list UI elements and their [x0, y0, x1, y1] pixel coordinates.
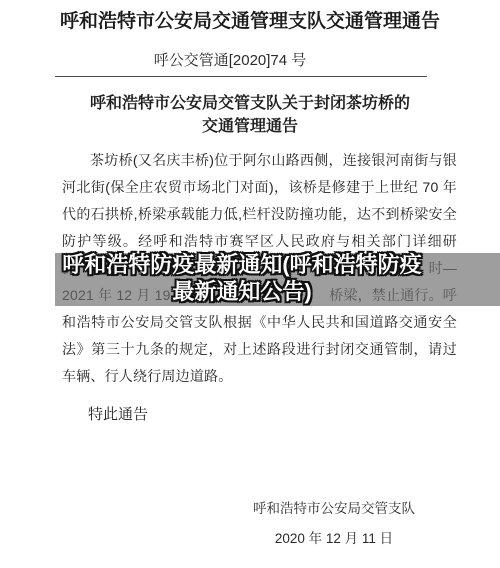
document-number: 呼公交管通[2020]74 号: [0, 49, 460, 70]
body-line: 河北街(保全庄农贸市场北门对面)，该桥是修建于上世纪 70 年: [62, 174, 457, 201]
watermark-text: 呼和浩特防疫最新通知(呼和浩特防疫 最新通知公告): [0, 251, 484, 305]
closing-phrase: 特此通告: [88, 401, 148, 428]
body-line: 代的石拱桥,桥梁承载能力低,栏杆没防撞功能，达不到桥梁安全: [62, 201, 457, 228]
body-line: 茶坊桥(又名庆丰桥)位于阿尔山路西侧，连接银河南街与银: [62, 147, 457, 174]
divider-line: [55, 76, 427, 77]
watermark-text-line2: 最新通知公告): [0, 278, 484, 305]
notice-document: 呼和浩特市公安局交通管理支队交通管理通告 呼公交管通[2020]74 号 呼和浩…: [0, 0, 500, 568]
notice-heading: 呼和浩特市公安局交管支队关于封闭茶坊桥的 交通管理通告: [0, 92, 500, 138]
body-line: 法》第三十九条的规定，对上述路段进行封闭交通管制，请过往: [62, 336, 457, 363]
watermark-text-line1: 呼和浩特防疫最新通知(呼和浩特防疫: [0, 251, 484, 278]
body-line: 车辆、行人绕行周边道路。: [62, 363, 457, 390]
body-line: 和浩特市公安局交管支队根据《中华人民共和国道路交通安全: [62, 309, 457, 336]
notice-heading-line1: 呼和浩特市公安局交管支队关于封闭茶坊桥的: [0, 92, 500, 115]
signature-date: 2020 年 12 月 11 日: [253, 524, 415, 554]
notice-heading-line2: 交通管理通告: [0, 115, 500, 138]
signature-issuer: 呼和浩特市公安局交管支队: [253, 494, 415, 524]
signature-block: 呼和浩特市公安局交管支队 2020 年 12 月 11 日: [253, 494, 415, 554]
document-title: 呼和浩特市公安局交通管理支队交通管理通告: [0, 6, 500, 33]
